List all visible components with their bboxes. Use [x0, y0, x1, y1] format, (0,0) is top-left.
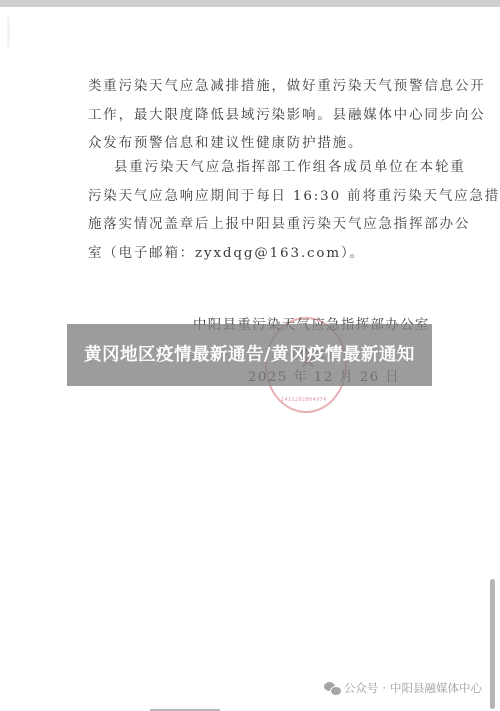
source-attribution[interactable]: 公众号 · 中阳县融媒体中心 [324, 680, 482, 696]
source-separator: · [382, 681, 386, 695]
paragraph-line: 县重污染天气应急指挥部工作组各成员单位在本轮重 [88, 154, 438, 183]
overlay-title: 黄冈地区疫情最新通告/黄冈疫情最新通知 [84, 344, 415, 367]
paragraph-line: 施落实情况盖章后上报中阳县重污染天气应急指挥部办公 [88, 211, 438, 240]
paragraph-line: 类重污染天气应急减排措施，做好重污染天气预警信息公开 [88, 73, 438, 102]
paragraph-2: 县重污染天气应急指挥部工作组各成员单位在本轮重 污染天气应急响应期间于每日 16… [88, 154, 438, 268]
top-bar [0, 0, 500, 7]
source-prefix: 公众号 [344, 680, 379, 696]
title-overlay-banner: 黄冈地区疫情最新通告/黄冈疫情最新通知 [67, 324, 432, 386]
paragraph-line: 工作，最大限度降低县域污染影响。县融媒体中心同步向公 [88, 102, 438, 131]
paragraph-line: 污染天气应急响应期间于每日 16:30 前将重污染天气应急措 [88, 183, 438, 212]
wechat-icon [324, 682, 340, 694]
paragraph-line: 室（电子邮箱：zyxdqg@163.com）。 [88, 240, 438, 269]
scrollbar-thumb[interactable] [490, 579, 495, 709]
source-name: 中阳县融媒体中心 [390, 680, 482, 696]
page-edge [7, 17, 10, 47]
stamp-code: 1411292004974 [281, 397, 327, 403]
paragraph-1: 类重污染天气应急减排措施，做好重污染天气预警信息公开 工作，最大限度降低县域污染… [88, 73, 438, 159]
